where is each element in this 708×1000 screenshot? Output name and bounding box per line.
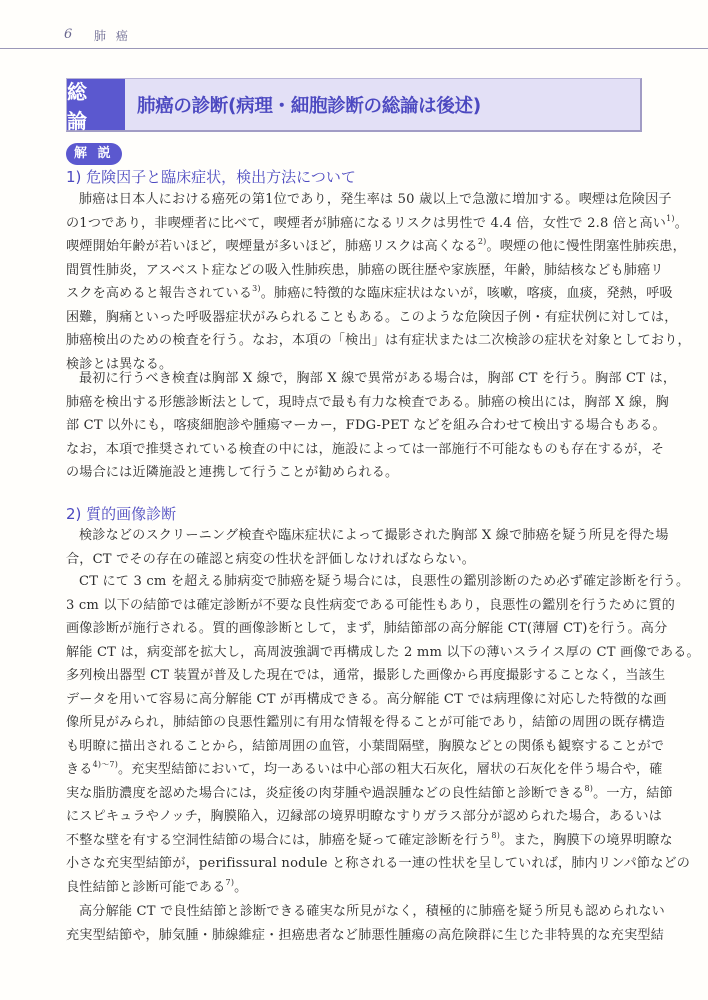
text-line: なお，本項で推奨されている検査の中には，施設によっては一部施行不可能なものも存在… [66,438,644,462]
chapter-title: 肺 癌 [94,27,131,44]
text-line: 肺癌は日本人における癌死の第1位であり，発生率は 50 歳以上で急激に増加する。… [66,188,644,212]
text-line: スクを高めると報告されている3)。肺癌に特徴的な臨床症状はないが，咳嗽，喀痰，血… [66,282,644,306]
text-line: 画像診断が施行される。質的画像診断として，まず，肺結節部の高分解能 CT(薄層 … [66,617,644,641]
text-line: 小さな充実型結節が，perifissural nodule と称される一連の性状… [66,852,644,876]
text-line: も明瞭に描出されることから，結節周囲の血管，小葉間隔壁，胸膜などとの関係も観察す… [66,735,644,759]
text-line: にスピキュラやノッチ，胸膜陥入，辺縁部の境界明瞭なすりガラス部分が認められた場合… [66,805,644,829]
text-line: 良性結節と診断可能である7)。 [66,876,644,900]
section-title-box: 総 論 肺癌の診断(病理・細胞診断の総論は後述) [66,78,642,132]
text-line: 充実型結節や，肺気腫・肺線維症・担癌患者など肺悪性腫瘍の高危険群に生じた非特異的… [66,924,644,948]
page-number: 6 [64,27,72,42]
paragraph-1-2: 最初に行うべき検査は胸部 X 線で，胸部 X 線で異常がある場合は，胸部 CT … [66,367,644,485]
reference: 1) [666,214,675,223]
text-line: 3 cm 以下の結節では確定診断が不要な良性病変である可能性もあり，良悪性の鑑別… [66,594,644,618]
text-line: 間質性肺炎，アスベスト症などの吸入性肺疾患，肺癌の既往歴や家族歴，年齢，肺結核な… [66,259,644,283]
running-header: 6 肺 癌 [0,0,708,49]
text-line: 肺癌を検出する形態診断法として，現時点で最も有力な検査である。肺癌の検出には，胸… [66,391,644,415]
text-line: 部 CT 以外にも，喀痰細胞診や腫瘍マーカー，FDG-PET などを組み合わせて… [66,414,644,438]
section-heading-1: 1) 危険因子と臨床症状，検出方法について [66,166,356,187]
text-line: 困難，胸痛といった呼吸器症状がみられることもある。このような危険因子例・有症状例… [66,306,644,330]
text-line: 実な脂肪濃度を認めた場合には，炎症後の肉芽腫や過誤腫などの良性結節と診断できる8… [66,782,644,806]
text-line: 検診などのスクリーニング検査や臨床症状によって撮影された胸部 X 線で肺癌を疑う… [66,524,644,548]
text-line: 解能 CT は，病変部を拡大し，高周波強調で再構成した 2 mm 以下の薄いスラ… [66,641,644,665]
text-line: データを用いて容易に高分解能 CT が再構成できる。高分解能 CT では病理像に… [66,688,644,712]
paragraph-2-3: 高分解能 CT で良性結節と診断できる確実な所見がなく，積極的に肺癌を疑う所見も… [66,900,644,947]
paragraph-2-2: CT にて 3 cm を超える肺病変で肺癌を疑う場合には，良悪性の鑑別診断のため… [66,570,644,899]
text-line: 像所見がみられ，肺結節の良悪性鑑別に有用な情報を得ることが可能であり，結節の周囲… [66,711,644,735]
text-line: 喫煙開始年齢が若いほど，喫煙量が多いほど，肺癌リスクは高くなる2)。喫煙の他に慢… [66,235,644,259]
text-line: の場合には近隣施設と連携して行うことが勧められる。 [66,461,644,485]
commentary-badge: 解 説 [66,143,122,165]
paragraph-2-1: 検診などのスクリーニング検査や臨床症状によって撮影された胸部 X 線で肺癌を疑う… [66,524,644,571]
text-line: CT にて 3 cm を超える肺病変で肺癌を疑う場合には，良悪性の鑑別診断のため… [66,570,644,594]
reference: 8) [584,784,593,793]
reference: 8) [491,831,500,840]
text-line: の1つであり，非喫煙者に比べて，喫煙者が肺癌になるリスクは男性で 4.4 倍，女… [66,212,644,236]
reference: 3) [252,284,261,293]
section-heading-2: 2) 質的画像診断 [66,503,176,524]
paragraph-1-1: 肺癌は日本人における癌死の第1位であり，発生率は 50 歳以上で急激に増加する。… [66,188,644,376]
text-line: 高分解能 CT で良性結節と診断できる確実な所見がなく，積極的に肺癌を疑う所見も… [66,900,644,924]
page-title: 肺癌の診断(病理・細胞診断の総論は後述) [137,92,481,118]
text-line: 合，CT でその存在の確認と病変の性状を評価しなければならない。 [66,548,644,572]
reference: 4)～7) [93,760,118,769]
reference: 7) [226,878,235,887]
text-line: 肺癌検出のための検査を行う。なお，本項の「検出」は有症状または二次検診の症状を対… [66,329,644,353]
text-line: 多列検出器型 CT 装置が普及した現在では，通常，撮影した画像から再度撮影するこ… [66,664,644,688]
text-line: 不整な壁を有する空洞性結節の場合には，肺癌を疑って確定診断を行う8)。また，胸膜… [66,829,644,853]
text-line: 最初に行うべき検査は胸部 X 線で，胸部 X 線で異常がある場合は，胸部 CT … [66,367,644,391]
text-line: きる4)～7)。充実型結節において，均一あるいは中心部の粗大石灰化，層状の石灰化… [66,758,644,782]
title-tag: 総 論 [67,79,125,130]
